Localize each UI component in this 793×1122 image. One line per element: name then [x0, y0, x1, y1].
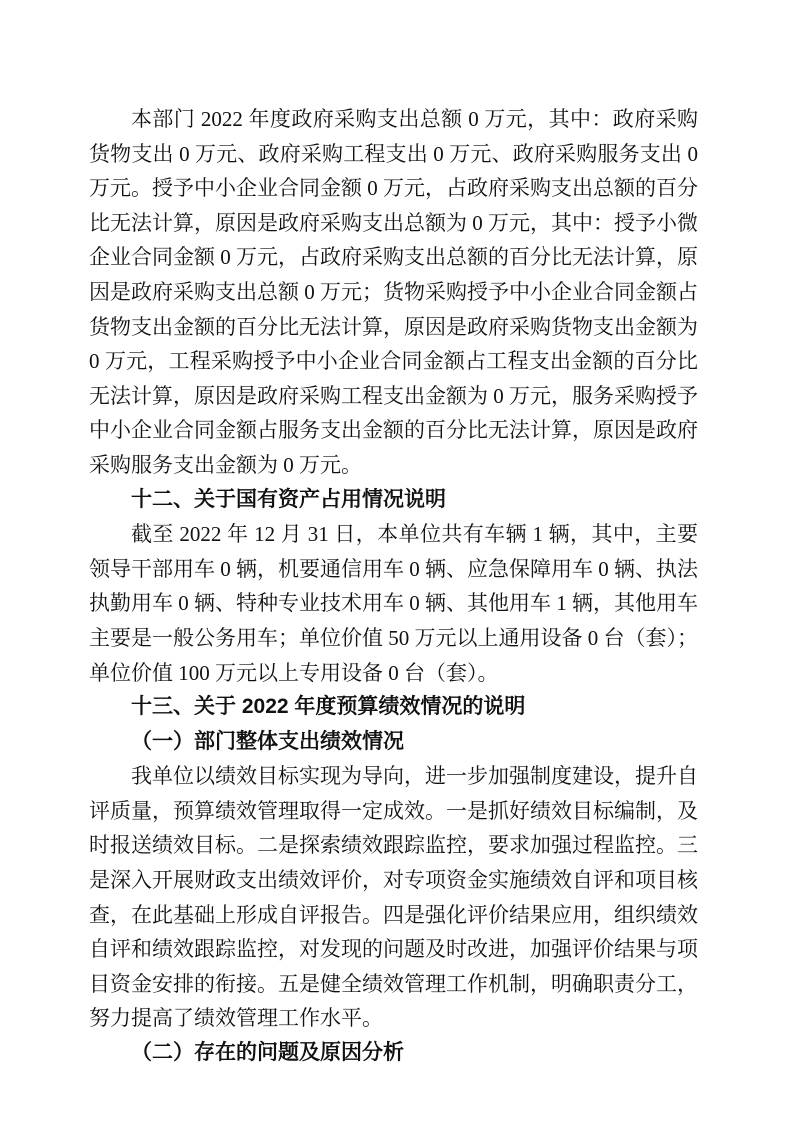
document-page: 本部门 2022 年度政府采购支出总额 0 万元，其中：政府采购货物支出 0 万… — [0, 0, 793, 1122]
paragraph-state-assets-occupancy: 截至 2022 年 12 月 31 日，本单位共有车辆 1 辆，其中，主要领导干… — [89, 517, 698, 690]
paragraph-performance-management-measures: 我单位以绩效目标实现为导向，进一步加强制度建设，提升自评质量，预算绩效管理取得一… — [89, 759, 698, 1036]
subheading-1-overall-expenditure-performance: （一）部门整体支出绩效情况 — [89, 725, 698, 760]
heading-section-13-budget-performance: 十三、关于 2022 年度预算绩效情况的说明 — [89, 690, 698, 725]
subheading-2-problems-and-cause-analysis: （二）存在的问题及原因分析 — [89, 1036, 698, 1071]
paragraph-government-procurement-summary: 本部门 2022 年度政府采购支出总额 0 万元，其中：政府采购货物支出 0 万… — [89, 102, 698, 483]
heading-section-12-state-assets: 十二、关于国有资产占用情况说明 — [89, 483, 698, 518]
